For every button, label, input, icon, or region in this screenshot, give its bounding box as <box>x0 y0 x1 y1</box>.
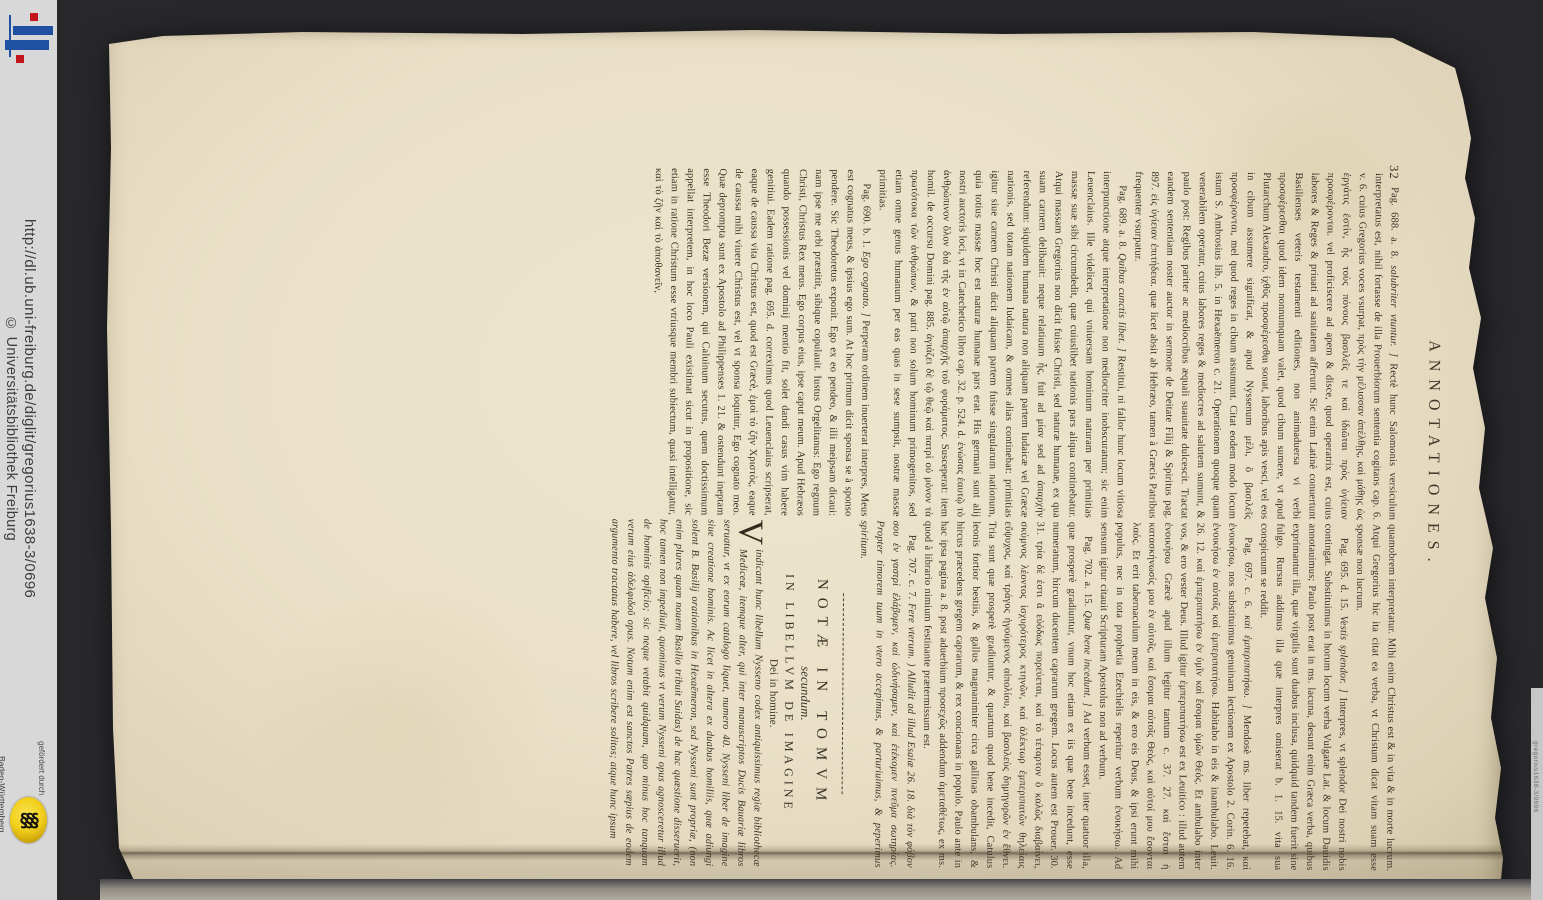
logo-stem <box>9 15 11 57</box>
pag-ref: Pag. 688. a. 8. <box>1388 187 1400 265</box>
page-content: 32 ANNOTATIONES. Pag. 688. a. 8. salubri… <box>103 28 1501 878</box>
text-column-left: Pag. 688. a. 8. salubriter vtuntur. ] Re… <box>232 165 1402 520</box>
paragraph: Pag. 689. a. 8. Quibus cunctis libet. ] … <box>872 170 1130 519</box>
copyright-label: © Universitätsbibliothek Freiburg <box>3 316 19 541</box>
paragraph: Vindicant hunc libellum Nysseno codex an… <box>604 519 766 867</box>
edge-watermark: gregorius1638-3/0696 <box>1532 741 1539 813</box>
paragraph: Pag. 690. b. 1. Ego cognato. ] Perperam … <box>648 168 874 517</box>
logo-red-square-bottom <box>16 55 24 63</box>
scan-viewer: http://dl.ub.uni-freiburg.de/diglit/greg… <box>0 0 1543 900</box>
pag-ref: Pag. 707. c. 7. <box>906 535 917 603</box>
pag-ref: Pag. 695. d. 15. <box>1338 538 1350 616</box>
ub-freiburg-logo-icon <box>3 5 55 63</box>
paragraph-text: Restitui, ni fallor hunc locum vitiosa i… <box>877 170 1127 519</box>
drop-cap: V <box>736 520 766 550</box>
paragraph-text: Ad verbum esset, inter quatuor illa, quæ… <box>921 521 1092 869</box>
lemma: salubriter vtuntur. ] <box>1388 265 1400 363</box>
lemma: Quæ bene incedunt. ] <box>1081 610 1093 710</box>
lemma: Ego cognato. ] <box>860 251 871 320</box>
paragraph: Pag. 702. a. 15. Quæ bene incedunt. ] Ad… <box>917 521 1095 869</box>
libellum-heading: IN LIBELLVM DE IMAGINE <box>780 520 798 867</box>
funding-note: gefördert durch <box>37 741 46 795</box>
running-header: ANNOTATIONES. <box>1421 32 1445 877</box>
pag-ref: Pag. 697. c. 6. <box>1242 537 1254 615</box>
tome-subheading: secundum. <box>796 520 814 867</box>
pag-ref: Pag. 690. b. 1. <box>860 183 871 251</box>
arms-lions-glyphs: §§§ <box>20 809 37 832</box>
book-block-edge <box>100 879 1531 900</box>
paragraph-text: quamobrem interpretatur. Mihi enim Chris… <box>1354 524 1398 871</box>
tome-heading: NOTÆ IN TOMVM <box>812 520 830 867</box>
paragraph-text: Interpres, vt splendor Dei nostri nobis … <box>1258 523 1348 871</box>
paragraph-text: indicant hunc libellum Nysseno codex ant… <box>607 519 764 867</box>
paragraph: Pag. 697. c. 6. καὶ ἐμπεριπατήσω. ] Mend… <box>1093 522 1255 870</box>
paragraph: Pag. 688. a. 8. salubriter vtuntur. ] Re… <box>1128 171 1402 520</box>
permalink-url: http://dl.ub.uni-freiburg.de/diglit/greg… <box>21 219 38 598</box>
logo-blue-bar-short <box>13 26 53 35</box>
paragraph: Pag. 695. d. 15. Vestis splendor. ] Inte… <box>1253 523 1351 871</box>
paragraph-text: Perperam ordinem inuerterat interpres, M… <box>652 168 871 517</box>
pag-ref: Pag. 689. a. 8. <box>1116 185 1127 253</box>
libellum-subheading: Dei in homine. <box>764 520 782 867</box>
lemma: Vestis splendor. ] <box>1337 616 1349 698</box>
viewer-sidebar: http://dl.ub.uni-freiburg.de/diglit/greg… <box>0 0 57 900</box>
paragraph: Pag. 707. c. 7. Fere vterum. ) Alludit a… <box>853 520 919 867</box>
baden-wuerttemberg-coat-of-arms-icon: §§§ <box>10 797 47 843</box>
paragraph: quamobrem interpretatur. Mihi enim Chris… <box>1349 524 1399 871</box>
logo-blue-bar-long <box>5 40 49 50</box>
lemma: Quibus cunctis libet. ] <box>1116 253 1128 355</box>
paragraph-text: Mendosè ms. liber repetebat, καὶ ἐνοικήσ… <box>1097 522 1252 870</box>
paragraph-text: Rectè hunc Salomonis versiculum interpre… <box>1132 171 1398 520</box>
lemma: Fere vterum. ) <box>905 603 916 670</box>
funding-org-label: Baden-Württemberg <box>0 756 7 833</box>
text-column-right: quamobrem interpretatur. Mihi enim Chris… <box>229 516 1399 871</box>
section-rule <box>842 593 844 794</box>
lemma: καὶ ἐμπεριπατήσω. ] <box>1241 615 1253 715</box>
pag-ref: Pag. 702. a. 15. <box>1082 536 1094 611</box>
book-page-scan: 32 ANNOTATIONES. Pag. 688. a. 8. salubri… <box>103 28 1503 900</box>
logo-red-square-top <box>30 13 38 21</box>
